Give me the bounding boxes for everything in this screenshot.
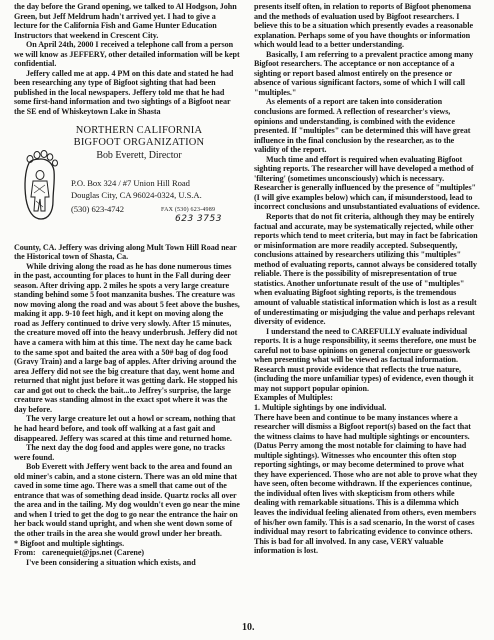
paragraph: I understand the need to CAREFULLY evalu…: [254, 327, 480, 394]
paragraph: The next day the dog food and apples wer…: [14, 443, 240, 462]
paragraph: Reports that do not fit criteria, althou…: [254, 212, 480, 327]
paragraph: presents itself often, in relation to re…: [254, 2, 480, 50]
from-email: carenequiet@jps.net (Carene): [42, 548, 144, 557]
right-column: presents itself often, in relation to re…: [254, 2, 480, 556]
from-label: From:: [14, 548, 40, 558]
from-line: From: carenequiet@jps.net (Carene): [14, 548, 240, 558]
left-column: the day before the Grand opening, we tal…: [14, 2, 240, 567]
example-text: There have been and continue to be many …: [254, 413, 480, 556]
paragraph: the day before the Grand opening, we tal…: [14, 2, 240, 40]
paragraph: Basically, I am referring to a prevalent…: [254, 50, 480, 98]
paragraph: The very large creature let out a howl o…: [14, 414, 240, 443]
address-line-1: P.O. Box 324 / #7 Union Hill Road: [71, 177, 202, 190]
paragraph: Much time and effort is required when ev…: [254, 155, 480, 212]
paragraph: On April 24th, 2000 I received a telepho…: [14, 40, 240, 69]
bullet-heading: * Bigfoot and multiple sightings.: [14, 539, 240, 549]
org-line-2: BIGFOOT ORGANIZATION: [54, 137, 224, 150]
address: P.O. Box 324 / #7 Union Hill Road Dougla…: [71, 177, 202, 202]
paragraph: Jeffery called me at app. 4 PM on this d…: [14, 69, 240, 117]
paragraph: As elements of a report are taken into c…: [254, 97, 480, 154]
address-line-2: Douglas City, CA 96024-0324, U.S.A.: [71, 189, 202, 202]
example-title: 1. Multiple sightings by one individual.: [254, 403, 480, 413]
examples-heading: Examples of Multiples:: [254, 393, 480, 403]
page-number: 10.: [242, 622, 255, 633]
paragraph: While driving along the road as he has d…: [14, 262, 240, 415]
director-name: Bob Everett, Director: [54, 151, 224, 161]
paragraph: Bob Everett with Jeffery went back to th…: [14, 462, 240, 538]
handwritten-note: 623 3753: [175, 215, 222, 225]
bigfoot-footprint-icon: [21, 149, 61, 221]
paragraph: County, CA. Jeffery was driving along Mu…: [14, 243, 240, 262]
paragraph: I've been considering a situation which …: [14, 558, 240, 568]
phone-number: (530) 623-4742: [71, 205, 124, 215]
letterhead: NORTHERN CALIFORNIA BIGFOOT ORGANIZATION…: [14, 125, 240, 237]
org-line-1: NORTHERN CALIFORNIA: [54, 125, 224, 138]
organization-name: NORTHERN CALIFORNIA BIGFOOT ORGANIZATION: [54, 125, 224, 150]
